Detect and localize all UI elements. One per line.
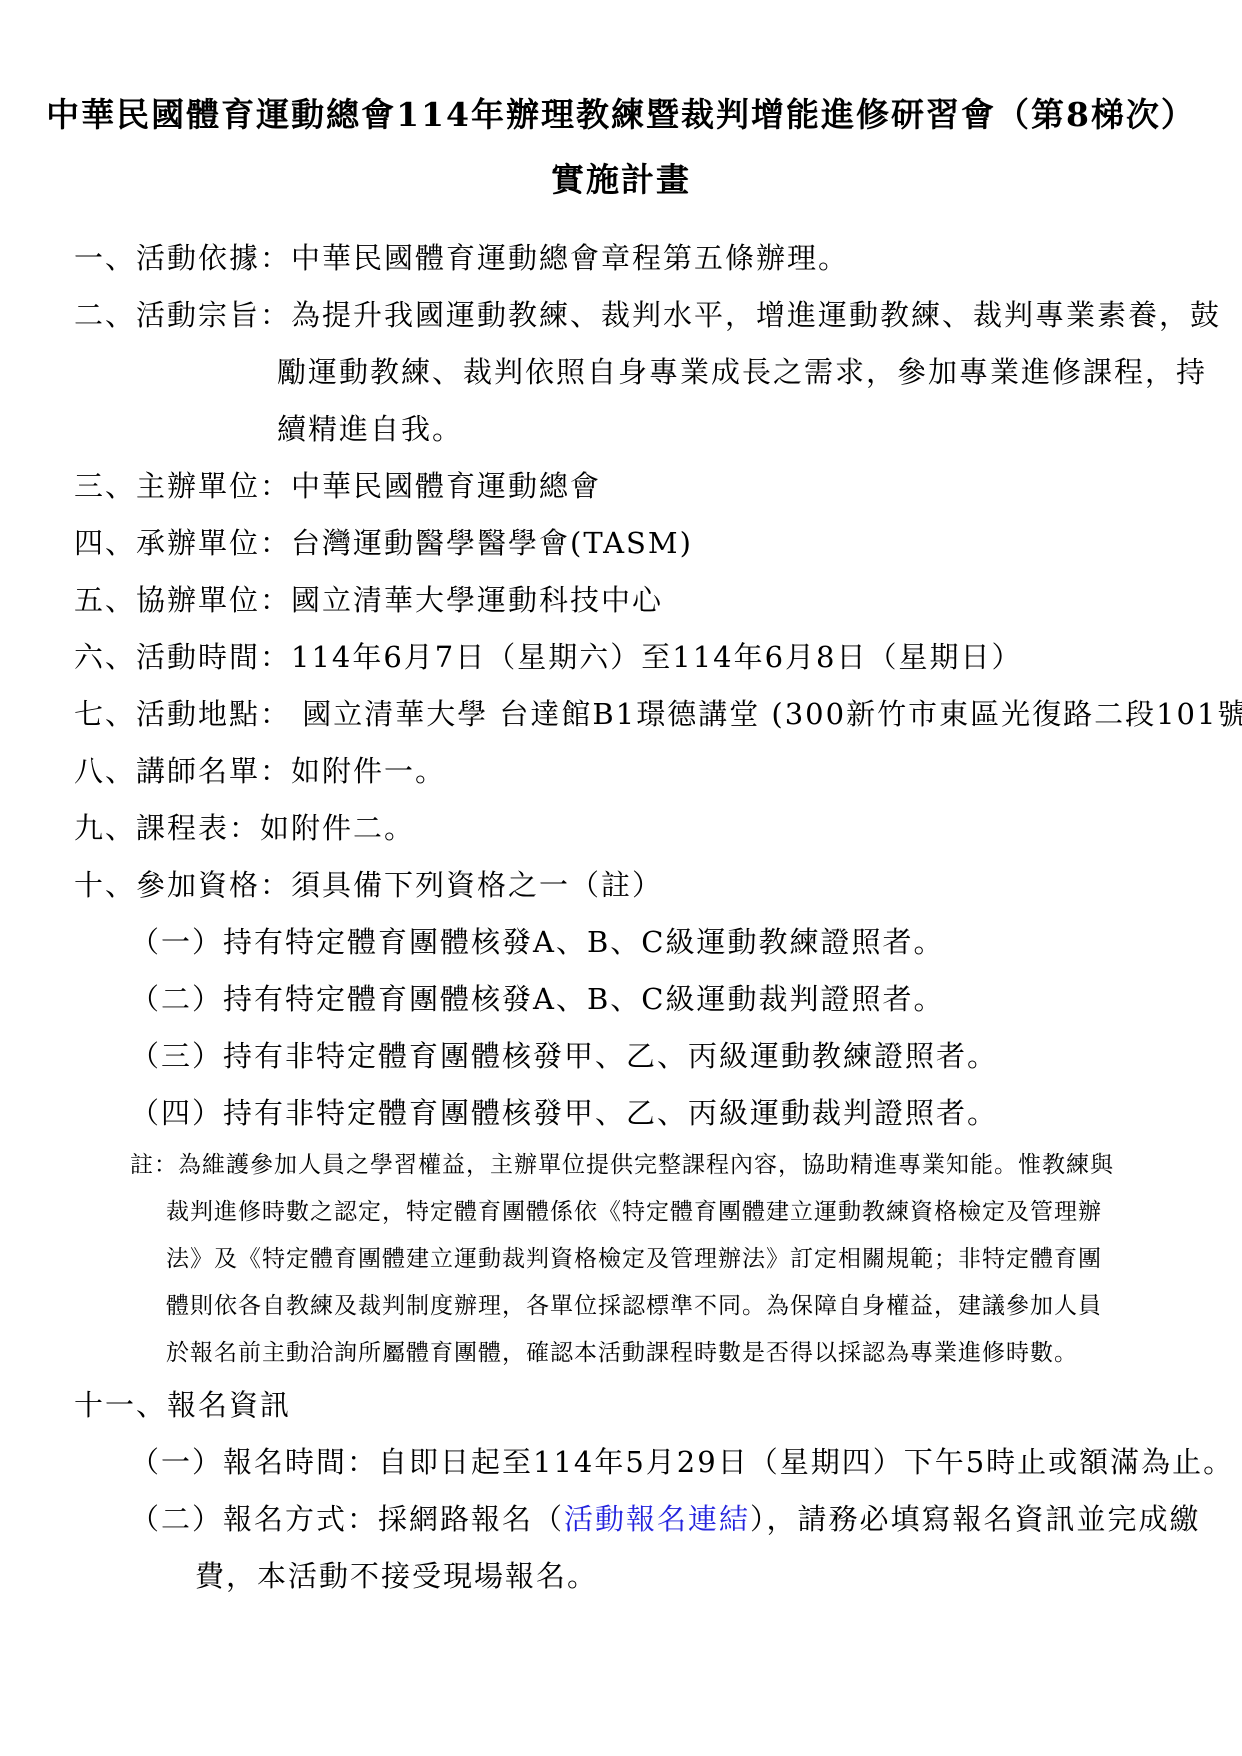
item-10-sub-3: （三）持有非特定體育團體核發甲、乙、丙級運動教練證照者。 — [130, 1028, 1242, 1085]
item-6-event-time: 六、活動時間：114年6月7日（星期六）至114年6月8日（星期日） — [74, 629, 1242, 686]
item-11-sub-2-line2: 費，本活動不接受現場報名。 — [195, 1548, 1242, 1605]
document-page: 中華民國體育運動總會114年辦理教練暨裁判增能進修研習會（第8梯次） 實施計畫 … — [0, 0, 1242, 1756]
note-line-1: 註：為維護參加人員之學習權益，主辦單位提供完整課程內容，協助精進專業知能。惟教練… — [130, 1142, 1242, 1189]
item-10-sub-1: （一）持有特定體育團體核發A、B、C級運動教練證照者。 — [130, 914, 1242, 971]
item-7-event-location: 七、活動地點： 國立清華大學 台達館B1璟德講堂 (300新竹市東區光復路二段1… — [74, 686, 1242, 743]
document-title-line2: 實施計畫 — [0, 160, 1242, 200]
item-2-purpose-line3: 續精進自我。 — [277, 401, 1242, 458]
registration-link[interactable]: 活動報名連結 — [564, 1502, 750, 1536]
document-body: 一、活動依據：中華民國體育運動總會章程第五條辦理。 二、活動宗旨：為提升我國運動… — [0, 230, 1242, 1605]
item-2-purpose-line2: 勵運動教練、裁判依照自身專業成長之需求，參加專業進修課程，持 — [277, 344, 1242, 401]
note-line-4: 體則依各自教練及裁判制度辦理，各單位採認標準不同。為保障自身權益，建議參加人員 — [166, 1283, 1242, 1330]
item-10-sub-2: （二）持有特定體育團體核發A、B、C級運動裁判證照者。 — [130, 971, 1242, 1028]
item-3-organizer: 三、主辦單位：中華民國體育運動總會 — [74, 458, 1242, 515]
document-title-line1: 中華民國體育運動總會114年辦理教練暨裁判增能進修研習會（第8梯次） — [0, 95, 1242, 135]
note-line-5: 於報名前主動洽詢所屬體育團體，確認本活動課程時數是否得以採認為專業進修時數。 — [166, 1330, 1242, 1377]
item-8-lecturer-list: 八、講師名單：如附件一。 — [74, 743, 1242, 800]
note-line-2: 裁判進修時數之認定，特定體育團體係依《特定體育團體建立運動教練資格檢定及管理辦 — [166, 1189, 1242, 1236]
item-11-sub-2-registration-method: （二）報名方式：採網路報名（活動報名連結），請務必填寫報名資訊並完成繳 — [130, 1491, 1242, 1548]
item-4-undertaker: 四、承辦單位：台灣運動醫學醫學會(TASM) — [74, 515, 1242, 572]
item-10-eligibility: 十、參加資格：須具備下列資格之一（註） — [74, 857, 1242, 914]
item-10-sub-4: （四）持有非特定體育團體核發甲、乙、丙級運動裁判證照者。 — [130, 1085, 1242, 1142]
item-1-activity-basis: 一、活動依據：中華民國體育運動總會章程第五條辦理。 — [74, 230, 1242, 287]
item-11-registration-info: 十一、報名資訊 — [74, 1377, 1242, 1434]
item-2-purpose-line1: 二、活動宗旨：為提升我國運動教練、裁判水平，增進運動教練、裁判專業素養，鼓 — [74, 287, 1242, 344]
item-11-sub-2-post: ），請務必填寫報名資訊並完成繳 — [750, 1502, 1201, 1536]
item-11-sub-1-registration-time: （一）報名時間：自即日起至114年5月29日（星期四）下午5時止或額滿為止。 — [130, 1434, 1242, 1491]
item-9-course-schedule: 九、課程表：如附件二。 — [74, 800, 1242, 857]
note-line-3: 法》及《特定體育團體建立運動裁判資格檢定及管理辦法》訂定相關規範；非特定體育團 — [166, 1236, 1242, 1283]
item-5-co-organizer: 五、協辦單位：國立清華大學運動科技中心 — [74, 572, 1242, 629]
document-title: 中華民國體育運動總會114年辦理教練暨裁判增能進修研習會（第8梯次） 實施計畫 — [0, 95, 1242, 200]
item-11-sub-2-pre: （二）報名方式：採網路報名（ — [130, 1502, 564, 1536]
